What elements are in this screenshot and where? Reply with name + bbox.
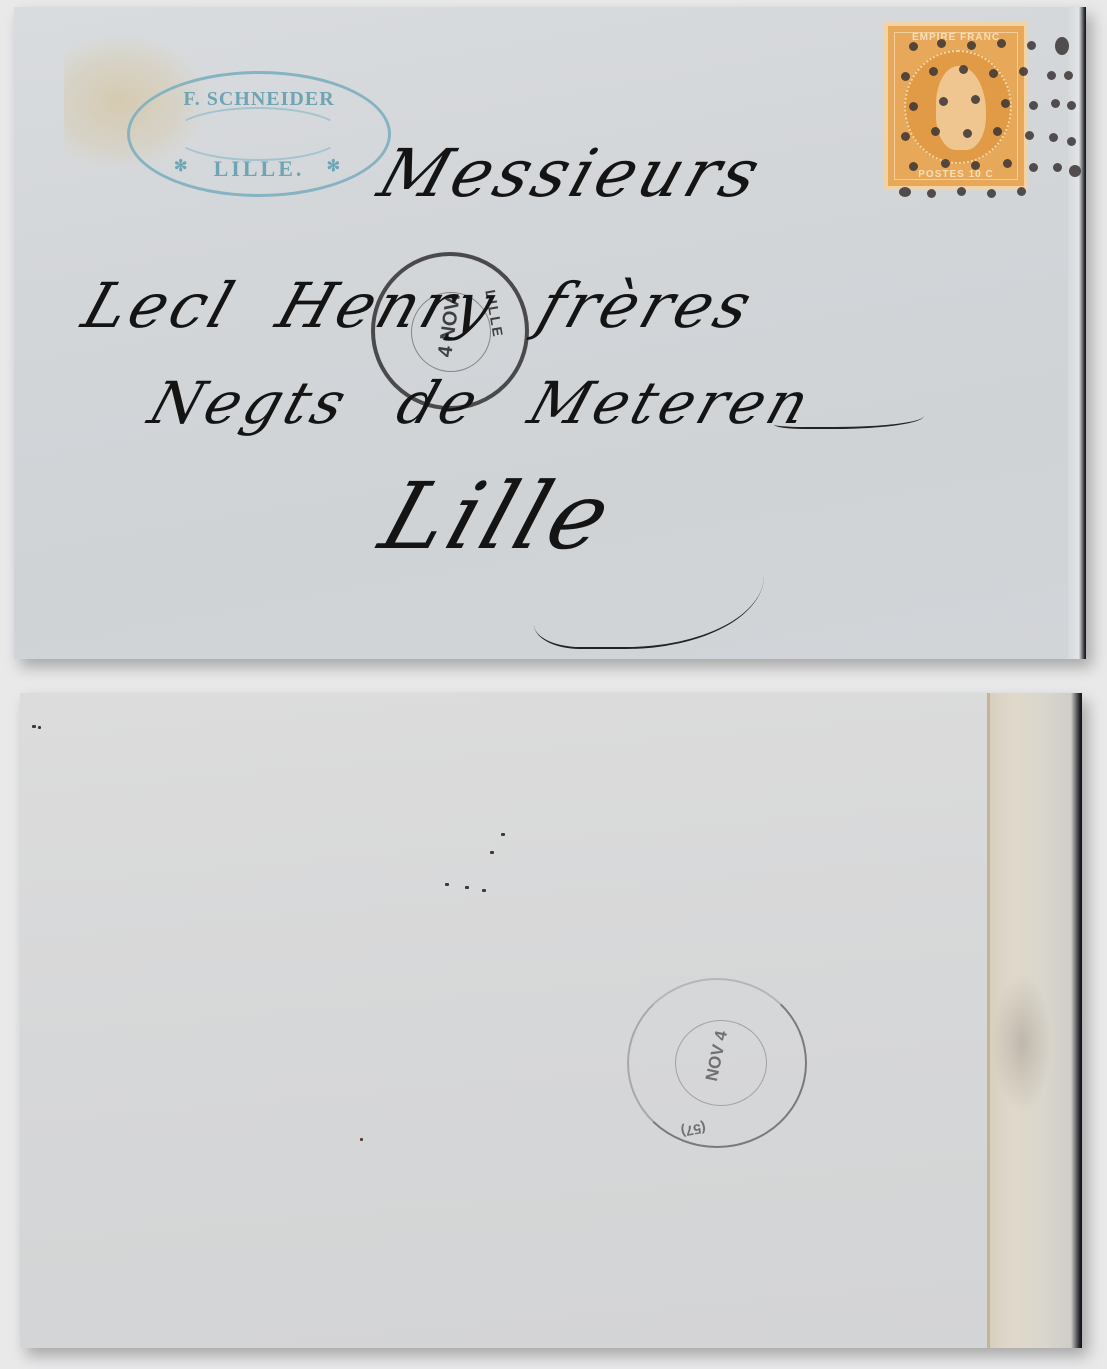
flap-crease (992, 973, 1052, 1113)
cachet-merchant-name: F. SCHNEIDER (130, 88, 388, 111)
arrival-postmark: NOV 4 (57) (627, 978, 807, 1148)
cover-back: NOV 4 (57) (20, 693, 1082, 1348)
address-salutation: Messieurs (369, 135, 773, 212)
handwriting-underline (774, 407, 924, 429)
address-recipient: Lecl Henry frères (74, 269, 764, 342)
ornament-icon: ✻ (327, 156, 340, 176)
cover-front: F. SCHNEIDER ✻ LILLE. ✻ EMPIRE FRANC POS… (14, 7, 1086, 659)
photo-canvas: F. SCHNEIDER ✻ LILLE. ✻ EMPIRE FRANC POS… (0, 0, 1107, 1369)
cachet-inner-oval (172, 107, 344, 161)
dotted-cancellation (879, 27, 1089, 197)
address-title: Negts de Meteren (141, 369, 821, 437)
handwriting-flourish (534, 527, 764, 649)
cachet-city: LILLE. (130, 156, 388, 182)
merchant-cachet: F. SCHNEIDER ✻ LILLE. ✻ (127, 71, 391, 197)
